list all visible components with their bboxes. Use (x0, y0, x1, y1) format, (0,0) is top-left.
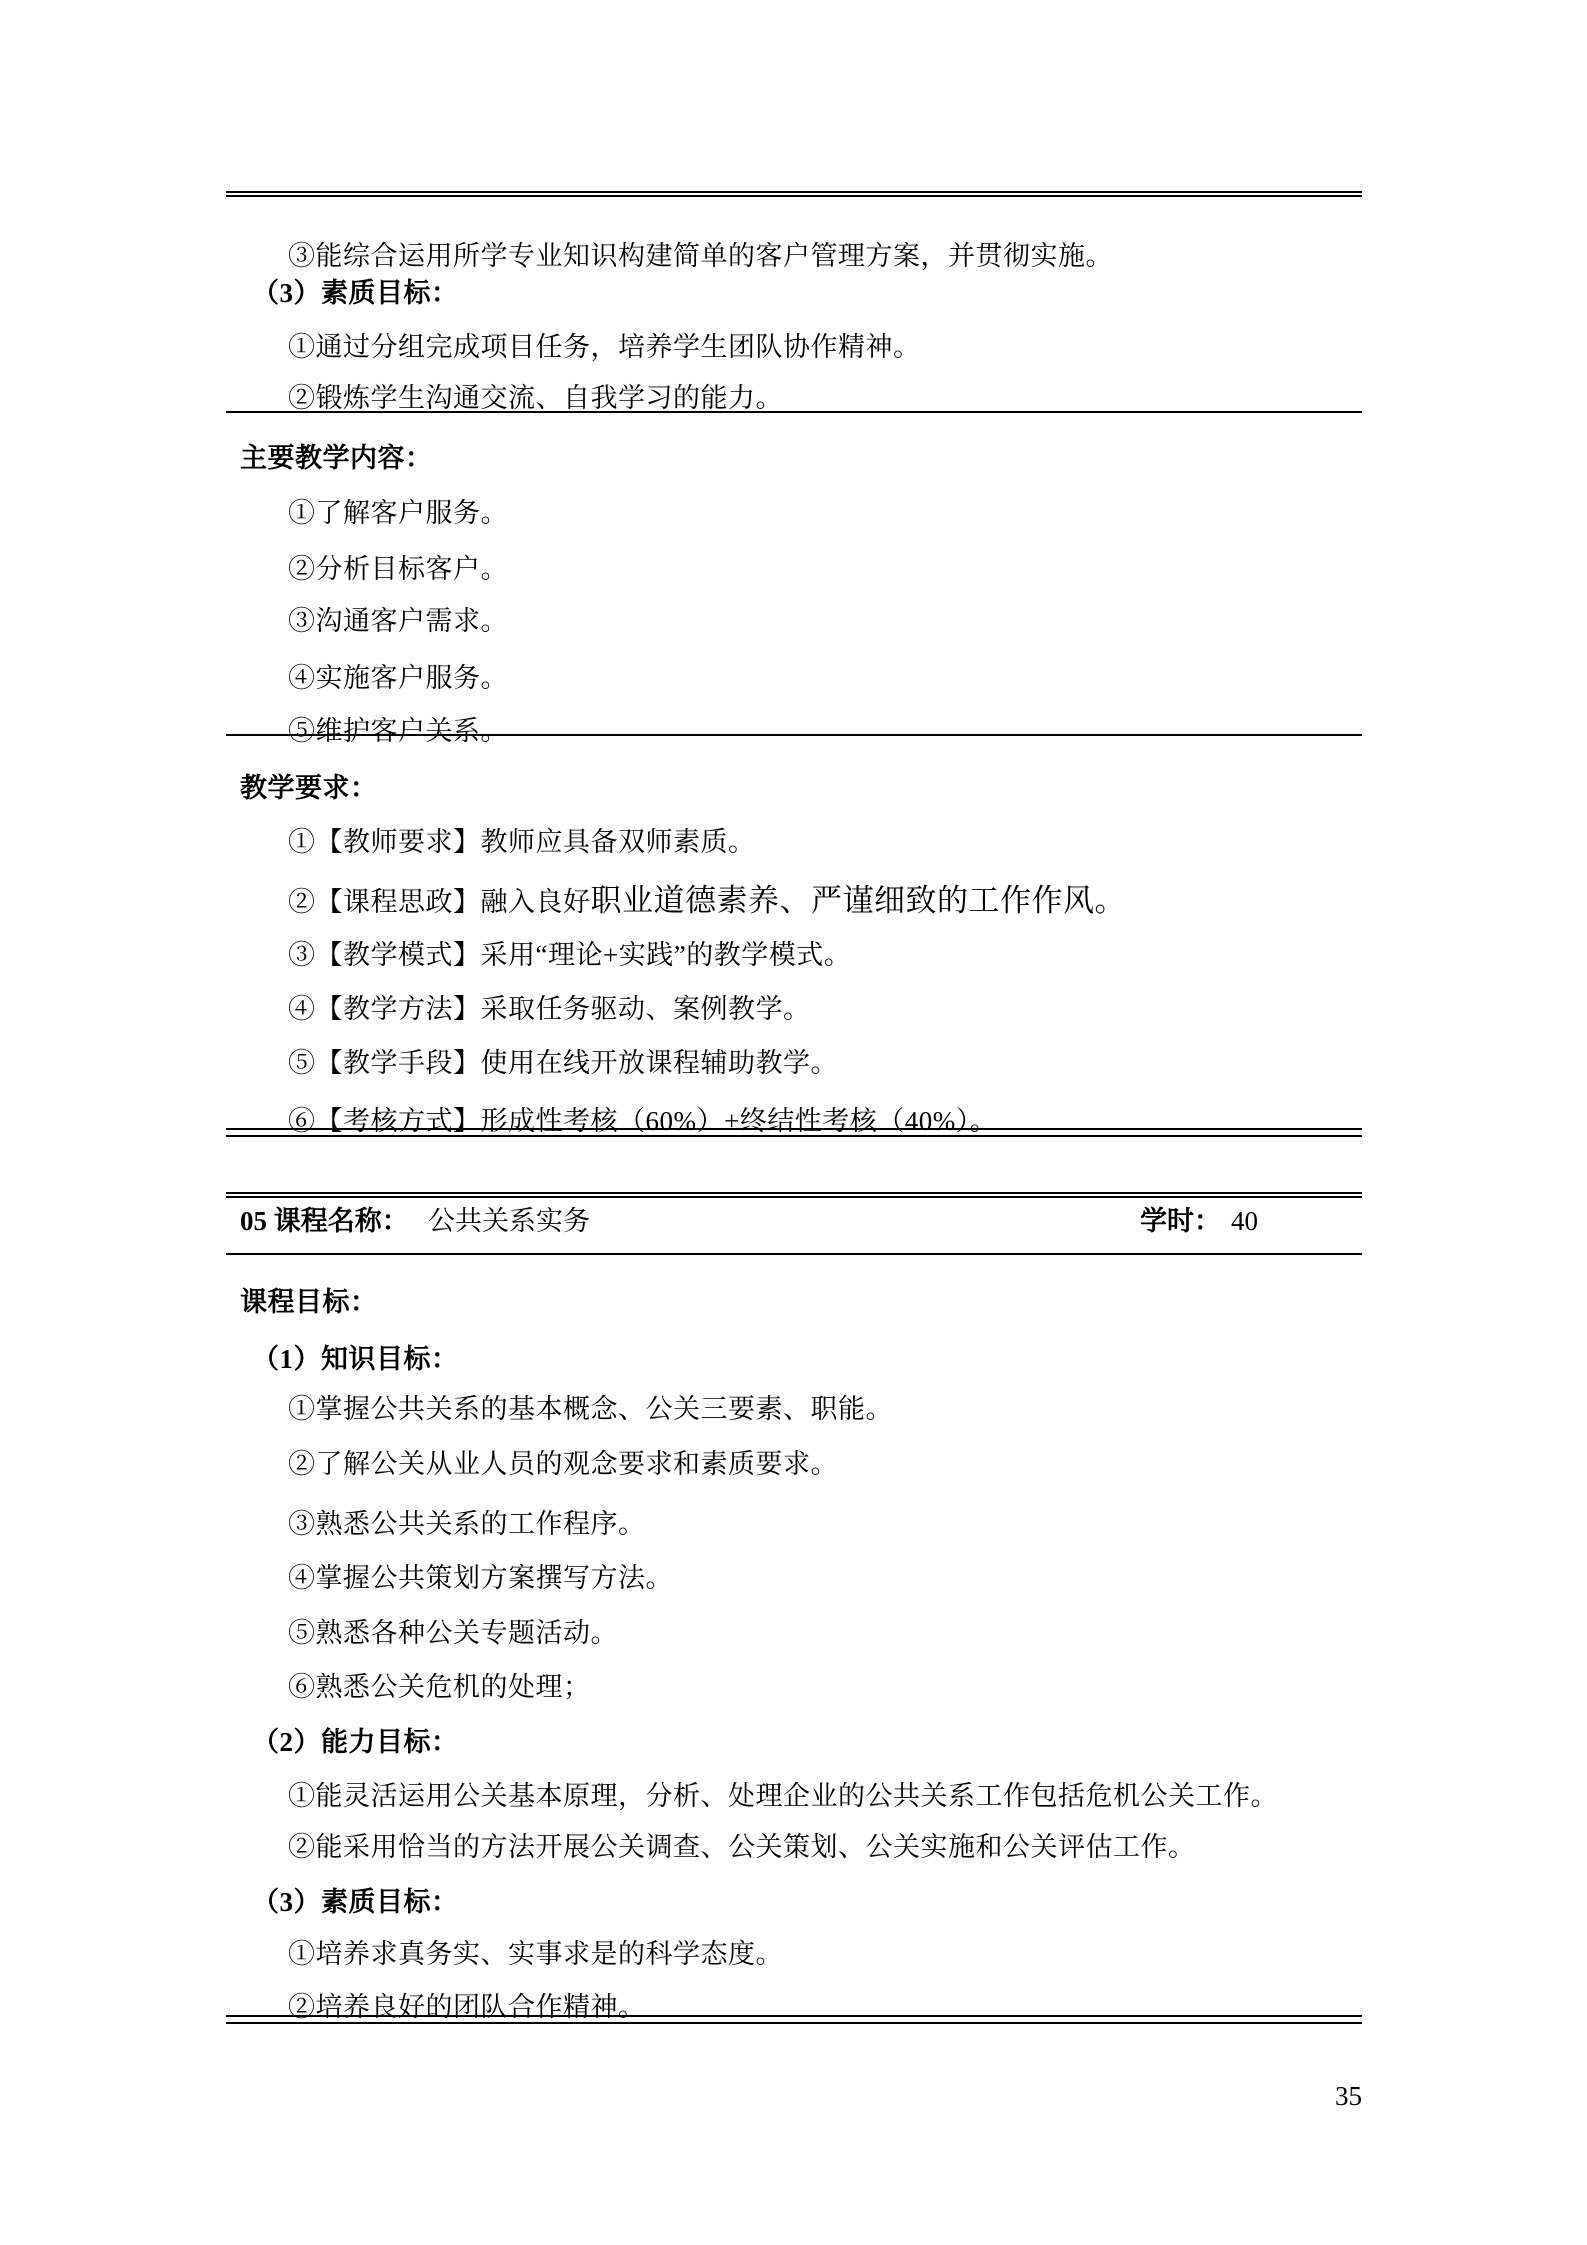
requirement-item-ideology-prefix: ②【课程思政】融入良好 (288, 887, 591, 917)
knowledge-objective-item-1: ①掌握公共关系的基本概念、公关三要素、职能。 (288, 1382, 893, 1436)
knowledge-objective-item-3: ③熟悉公共关系的工作程序。 (288, 1497, 646, 1551)
requirement-item-method: ④【教学方法】采取任务驱动、案例教学。 (288, 982, 811, 1036)
requirement-item-ideology-emphasis: 职业道德素养、严谨细致的工作作风。 (591, 883, 1127, 918)
quality-objective-heading: （3）素质目标： (252, 266, 459, 320)
ability-objective-item-1: ①能灵活运用公关基本原理，分析、处理企业的公共关系工作包括危机公关工作。 (288, 1769, 1278, 1823)
ability-objective-heading: （2）能力目标： (252, 1715, 459, 1769)
table-bottom-double-rule (226, 2015, 1362, 2024)
course-hours: 学时：40 (1140, 1194, 1258, 1248)
row-divider-rule (226, 411, 1362, 413)
requirement-item-mode: ③【教学模式】采用“理论+实践”的教学模式。 (288, 928, 851, 982)
page-number: 35 (1335, 2076, 1362, 2116)
quality-objective-item-1: ①通过分组完成项目任务，培养学生团队协作精神。 (288, 320, 921, 374)
requirement-item-means: ⑤【教学手段】使用在线开放课程辅助教学。 (288, 1036, 838, 1090)
teaching-content-item-2: ②分析目标客户。 (288, 542, 508, 596)
requirement-item-ideology: ②【课程思政】融入良好职业道德素养、严谨细致的工作作风。 (288, 874, 1126, 928)
teaching-content-heading: 主要教学内容： (240, 431, 433, 485)
requirement-item-teacher: ①【教师要求】教师应具备双师素质。 (288, 815, 756, 869)
document-page: ③能综合运用所学专业知识构建简单的客户管理方案，并贯彻实施。 （3）素质目标： … (0, 0, 1587, 2245)
quality-objective-item-2: ②锻炼学生沟通交流、自我学习的能力。 (288, 371, 783, 425)
course-name-value: 公共关系实务 (428, 1194, 590, 1248)
row-divider-rule (226, 1253, 1362, 1255)
teaching-requirement-heading: 教学要求： (240, 761, 378, 815)
table-top-double-rule (226, 191, 1362, 197)
knowledge-objective-item-6: ⑥熟悉公关危机的处理； (288, 1660, 591, 1714)
teaching-content-item-4: ④实施客户服务。 (288, 651, 508, 705)
teaching-content-item-5: ⑤维护客户关系。 (288, 704, 508, 758)
knowledge-objective-item-2: ②了解公关从业人员的观念要求和素质要求。 (288, 1437, 838, 1491)
teaching-content-item-1: ①了解客户服务。 (288, 486, 508, 540)
table-bottom-double-rule (226, 1128, 1362, 1137)
requirement-item-assessment: ⑥【考核方式】形成性考核（60%）+终结性考核（40%）。 (288, 1094, 997, 1148)
course-number-and-name-label: 05 课程名称： (240, 1194, 409, 1248)
quality-objective-heading: （3）素质目标： (252, 1875, 459, 1929)
ability-objective-item-2: ②能采用恰当的方法开展公关调查、公关策划、公关实施和公关评估工作。 (288, 1820, 1196, 1874)
knowledge-objective-item-5: ⑤熟悉各种公关专题活动。 (288, 1606, 618, 1660)
row-divider-rule (226, 734, 1362, 736)
course-hours-value: 40 (1231, 1206, 1258, 1236)
course-objective-heading: 课程目标： (240, 1275, 378, 1329)
knowledge-objective-item-4: ④掌握公共策划方案撰写方法。 (288, 1551, 673, 1605)
quality-objective-item-1: ①培养求真务实、实事求是的科学态度。 (288, 1927, 783, 1981)
knowledge-objective-heading: （1）知识目标： (252, 1332, 459, 1386)
course-hours-label: 学时： (1140, 1206, 1221, 1236)
teaching-content-item-3: ③沟通客户需求。 (288, 594, 508, 648)
quality-objective-item-2: ②培养良好的团队合作精神。 (288, 1980, 646, 2034)
